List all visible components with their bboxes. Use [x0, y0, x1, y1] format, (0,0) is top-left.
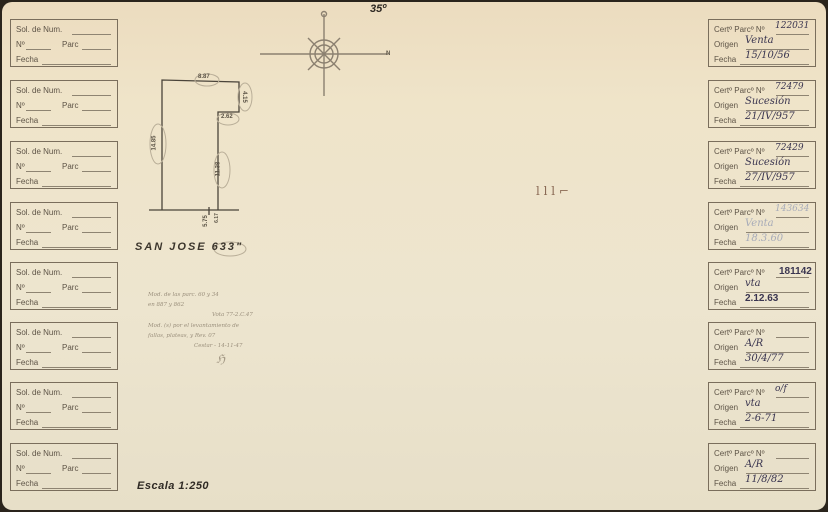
cert-number-value: 122031 — [775, 21, 809, 31]
fecha-value: 18.3.60 — [745, 233, 783, 244]
dim-left: 14.85 — [152, 135, 158, 150]
parc-label: Parc — [62, 162, 78, 171]
fecha-label: Fecha — [16, 479, 38, 488]
sol-label: Sol. de Num. — [16, 86, 62, 95]
cert-label: Certº Parcº Nº — [714, 388, 765, 397]
fecha-label: Fecha — [16, 238, 38, 247]
sol-label: Sol. de Num. — [16, 449, 62, 458]
fecha-label: Fecha — [714, 418, 736, 427]
no-label: Nº — [16, 403, 25, 412]
parc-label: Parc — [62, 464, 78, 473]
note-line: Vota 77-2.C.47 — [212, 312, 253, 318]
fecha-label: Fecha — [16, 55, 38, 64]
cert-number-value: o/f — [775, 384, 787, 394]
dim-inner: 11.38 — [215, 162, 221, 177]
origen-label: Origen — [714, 464, 738, 473]
scale-label: Escala 1:250 — [137, 480, 209, 492]
compass-rose-icon — [260, 12, 388, 97]
sol-label: Sol. de Num. — [16, 328, 62, 337]
note-line: en 887 y 862 — [148, 302, 184, 308]
cert-number-value: 181142 — [779, 266, 812, 277]
note-line: fallas, plateas, y Rev. 07 — [148, 333, 215, 339]
cert-parc-form: Certº Parcº Nº Origen Fecha 72429 Sucesi… — [708, 141, 816, 189]
plan-drawing — [2, 2, 826, 510]
dim-front-a: 5.75 — [203, 215, 209, 227]
note-line: Mod. (s) por el levantamiento de — [148, 323, 239, 329]
cert-parc-form: Certº Parcº Nº Origen Fecha 72479 Sucesi… — [708, 80, 816, 128]
fecha-value: 2-6-71 — [745, 413, 777, 424]
origen-value: Venta — [745, 35, 774, 46]
cert-label: Certº Parcº Nº — [714, 147, 765, 156]
cert-label: Certº Parcº Nº — [714, 86, 765, 95]
sol-num-form: Sol. de Num. NºParc Fecha — [10, 80, 118, 128]
origen-label: Origen — [714, 403, 738, 412]
fecha-value: 27/IV/957 — [745, 172, 795, 183]
dim-top: 8.87 — [198, 74, 210, 80]
sol-label: Sol. de Num. — [16, 147, 62, 156]
no-label: Nº — [16, 40, 25, 49]
no-label: Nº — [16, 223, 25, 232]
fecha-label: Fecha — [16, 358, 38, 367]
fecha-label: Fecha — [714, 298, 736, 307]
fecha-label: Fecha — [714, 177, 736, 186]
sol-num-form: Sol. de Num. NºParc Fecha — [10, 141, 118, 189]
cert-parc-form: Certº Parcº Nº Origen Fecha 143634 Venta… — [708, 202, 816, 250]
sol-num-form: Sol. de Num. NºParc Fecha — [10, 202, 118, 250]
fecha-label: Fecha — [714, 238, 736, 247]
origen-value: vta — [745, 278, 761, 289]
origen-value: A/R — [745, 459, 763, 470]
parc-label: Parc — [62, 101, 78, 110]
fecha-value: 30/4/77 — [745, 353, 784, 364]
cert-label: Certº Parcº Nº — [714, 208, 765, 217]
note-line: Cestar - 14-11-47 — [194, 343, 242, 349]
origen-value: Venta — [745, 218, 774, 229]
dim-step: 2.62 — [221, 114, 233, 120]
fecha-value: 21/IV/957 — [745, 111, 795, 122]
sol-label: Sol. de Num. — [16, 208, 62, 217]
sol-num-form: Sol. de Num. NºParc Fecha — [10, 322, 118, 370]
no-label: Nº — [16, 464, 25, 473]
no-label: Nº — [16, 162, 25, 171]
fecha-label: Fecha — [714, 479, 736, 488]
fecha-label: Fecha — [714, 116, 736, 125]
no-label: Nº — [16, 101, 25, 110]
fecha-label: Fecha — [16, 418, 38, 427]
compass-north-label: N — [386, 51, 390, 57]
cert-number-value: 72429 — [775, 143, 804, 153]
sol-label: Sol. de Num. — [16, 388, 62, 397]
origen-label: Origen — [714, 343, 738, 352]
cert-label: Certº Parcº Nº — [714, 25, 765, 34]
cert-parc-form: Certº Parcº Nº Origen Fecha 181142 vta 2… — [708, 262, 816, 310]
origen-label: Origen — [714, 283, 738, 292]
cert-parc-form: Certº Parcº Nº Origen Fecha A/R 11/8/82 — [708, 443, 816, 491]
street-label: SAN JOSE 633" — [135, 241, 243, 253]
sol-num-form: Sol. de Num. NºParc Fecha — [10, 382, 118, 430]
cert-label: Certº Parcº Nº — [714, 328, 765, 337]
fecha-value: 15/10/56 — [745, 50, 790, 61]
cert-number-value: 143634 — [775, 204, 809, 214]
sol-num-form: Sol. de Num. NºParc Fecha — [10, 19, 118, 67]
sol-num-form: Sol. de Num. NºParc Fecha — [10, 262, 118, 310]
origen-value: Sucesión — [745, 157, 791, 168]
cert-parc-form: Certº Parcº Nº Origen Fecha A/R 30/4/77 — [708, 322, 816, 370]
note-line: Mod. de las parc. 60 y 34 — [148, 292, 219, 298]
fecha-label: Fecha — [714, 55, 736, 64]
stray-marks: l l l ⌐ — [536, 184, 569, 198]
parc-label: Parc — [62, 343, 78, 352]
fecha-value: 2.12.63 — [745, 293, 778, 304]
sol-label: Sol. de Num. — [16, 268, 62, 277]
dim-front-b: 6.17 — [214, 213, 220, 223]
parc-label: Parc — [62, 40, 78, 49]
dim-right-top: 4.15 — [241, 91, 247, 103]
fecha-label: Fecha — [16, 177, 38, 186]
fecha-label: Fecha — [16, 116, 38, 125]
origen-label: Origen — [714, 162, 738, 171]
origen-label: Origen — [714, 223, 738, 232]
cert-parc-form: Certº Parcº Nº Origen Fecha 122031 Venta… — [708, 19, 816, 67]
fecha-label: Fecha — [714, 358, 736, 367]
origen-label: Origen — [714, 101, 738, 110]
origen-value: vta — [745, 398, 761, 409]
fecha-label: Fecha — [16, 298, 38, 307]
cert-number-value: 72479 — [775, 82, 804, 92]
signature-mark: ℌ — [216, 352, 225, 366]
no-label: Nº — [16, 343, 25, 352]
origen-value: Sucesión — [745, 96, 791, 107]
fecha-value: 11/8/82 — [745, 474, 784, 485]
cert-parc-form: Certº Parcº Nº Origen Fecha o/f vta 2-6-… — [708, 382, 816, 430]
origen-label: Origen — [714, 40, 738, 49]
sol-label: Sol. de Num. — [16, 25, 62, 34]
parc-label: Parc — [62, 403, 78, 412]
lot-outline — [149, 80, 239, 215]
parc-label: Parc — [62, 283, 78, 292]
cert-label: Certº Parcº Nº — [714, 449, 765, 458]
parc-label: Parc — [62, 223, 78, 232]
cert-label: Certº Parcº Nº — [714, 268, 765, 277]
sol-num-form: Sol. de Num. NºParc Fecha — [10, 443, 118, 491]
cadastral-record-card: 35º 8.87 4.15 2.62 14.85 — [2, 2, 826, 510]
origen-value: A/R — [745, 338, 763, 349]
no-label: Nº — [16, 283, 25, 292]
